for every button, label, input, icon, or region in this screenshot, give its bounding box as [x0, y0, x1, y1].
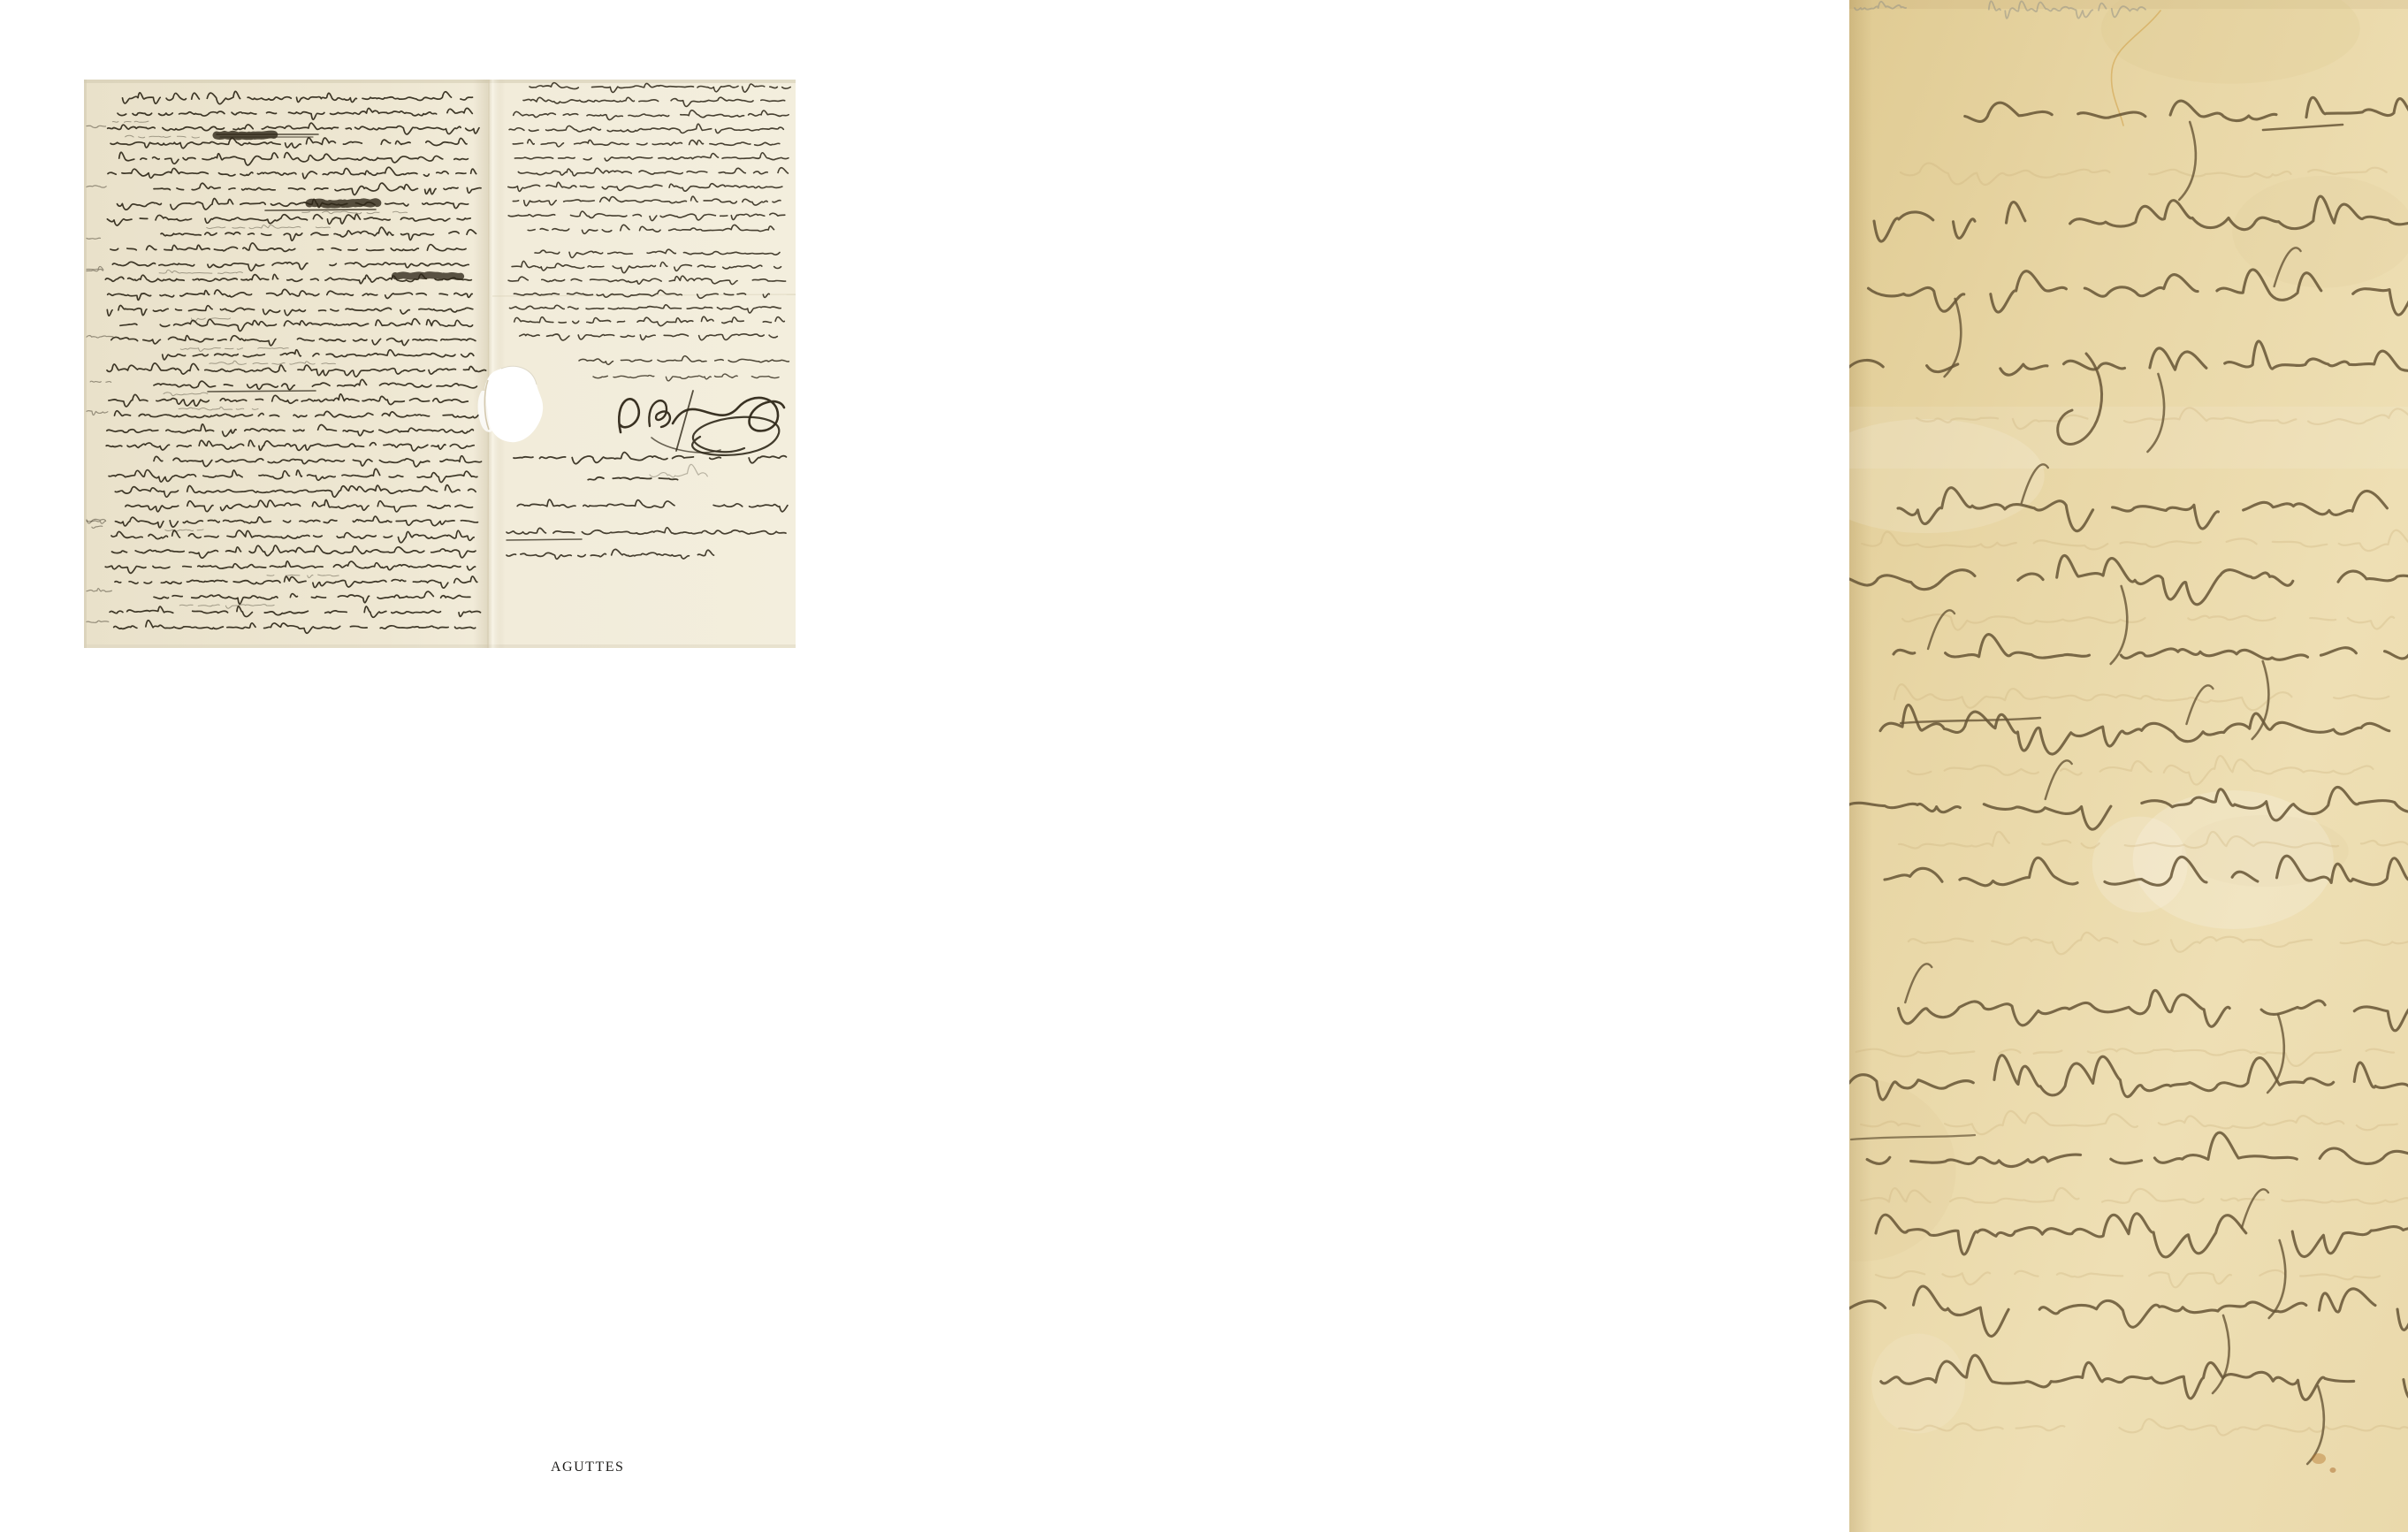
catalog-page-background: AGUTTES: [0, 0, 2408, 1532]
small-letter-paper: [84, 80, 796, 648]
large-letter-image: [1849, 0, 2408, 1532]
small-letter-image: [84, 80, 796, 648]
small-letter-photo: [84, 80, 796, 648]
paper-edge-top: [84, 80, 796, 83]
paper-edge-left: [84, 80, 87, 648]
paper-edge-bottom: [84, 644, 796, 648]
center-fold-crease: [488, 80, 489, 648]
large-letter-photo: [1849, 0, 2408, 1532]
publisher-wordmark: AGUTTES: [551, 1460, 648, 1475]
